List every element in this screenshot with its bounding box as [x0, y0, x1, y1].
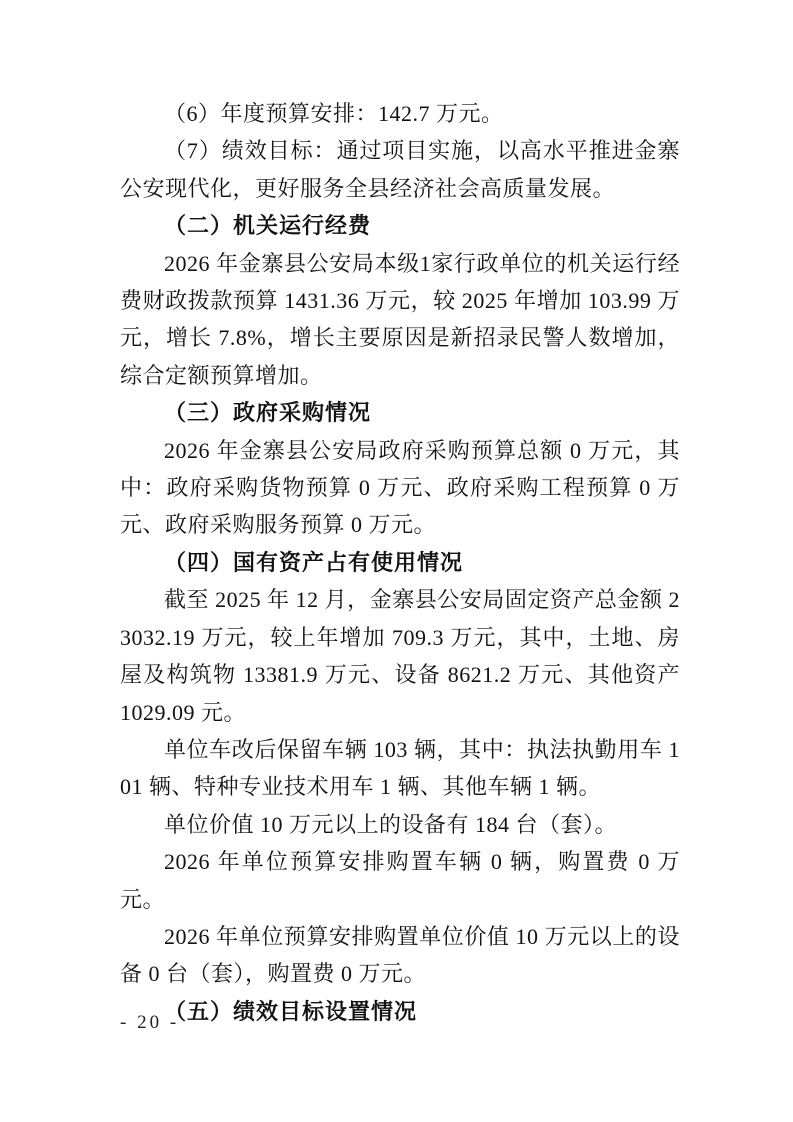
paragraph-vehicles: 单位车改后保留车辆 103 辆，其中：执法执勤用车 101 辆、特种专业技术用车… — [120, 731, 680, 806]
section-heading-operating-cost: （二）机关运行经费 — [120, 207, 680, 244]
section-heading-state-assets: （四）国有资产占有使用情况 — [120, 544, 680, 581]
paragraph-operating-cost: 2026 年金寨县公安局本级1家行政单位的机关运行经费财政拨款预算 1431.3… — [120, 245, 680, 395]
page-number: - 20 - — [120, 1012, 179, 1034]
paragraph-procurement: 2026 年金寨县公安局政府采购预算总额 0 万元，其中：政府采购货物预算 0 … — [120, 432, 680, 544]
paragraph-equipment-purchase: 2026 年单位预算安排购置单位价值 10 万元以上的设备 0 台（套），购置费… — [120, 918, 680, 993]
section-heading-performance: （五）绩效目标设置情况 — [120, 993, 680, 1030]
paragraph-vehicle-purchase: 2026 年单位预算安排购置车辆 0 辆，购置费 0 万元。 — [120, 843, 680, 918]
document-page: （6）年度预算安排：142.7 万元。 （7）绩效目标：通过项目实施，以高水平推… — [0, 0, 793, 1122]
section-heading-procurement: （三）政府采购情况 — [120, 394, 680, 431]
paragraph-equipment-count: 单位价值 10 万元以上的设备有 184 台（套）。 — [120, 806, 680, 843]
paragraph-annual-budget: （6）年度预算安排：142.7 万元。 — [120, 95, 680, 132]
document-body: （6）年度预算安排：142.7 万元。 （7）绩效目标：通过项目实施，以高水平推… — [120, 95, 680, 1030]
paragraph-fixed-assets: 截至 2025 年 12 月，金寨县公安局固定资产总金额 23032.19 万元… — [120, 581, 680, 731]
paragraph-performance-goal: （7）绩效目标：通过项目实施，以高水平推进金寨公安现代化，更好服务全县经济社会高… — [120, 132, 680, 207]
